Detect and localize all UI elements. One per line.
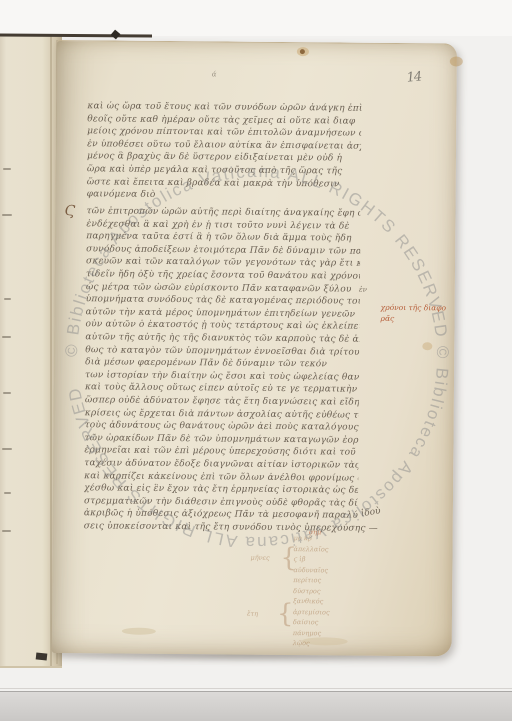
manuscript-leaf: 14 ά καὶ ὡς ὥρα τοῦ ἔτους καὶ τῶν συνόδω… <box>52 40 457 656</box>
fore-edge-ink-mark <box>4 298 11 300</box>
scanner-background-top <box>0 0 512 36</box>
ink-stain <box>300 49 305 54</box>
brace-glyph: { <box>277 601 294 627</box>
quire-mark: ά <box>212 70 217 78</box>
bottom-note-item: ξανθικός <box>293 596 353 607</box>
bottom-note-item: ἀπελλαῖος <box>294 544 354 555</box>
red-marginal-note-line2: ρᾶς <box>381 314 395 323</box>
bottom-note-item: περίτιος <box>293 575 353 586</box>
bottom-note-item: ἀρτεμίσιος <box>293 607 353 618</box>
fore-edge-ink-mark <box>3 392 11 394</box>
fore-edge-ink-mark <box>2 448 12 450</box>
cursive-side-note: ἰδοὺ <box>360 506 381 519</box>
paper-stain <box>450 56 463 66</box>
paper-stain <box>122 628 156 635</box>
bottom-note-item: δαίσιος <box>293 617 353 628</box>
bottom-note-item: αὐδυναῖος <box>293 565 353 576</box>
paragraph-initial-letter: Ϛ <box>64 203 75 219</box>
binding-clip-tab <box>36 652 48 660</box>
paper-stain <box>422 342 432 350</box>
red-marginal-note-line1: χρόνοι τῆς διαφο <box>381 303 446 313</box>
fore-edge-ink-mark <box>4 492 11 494</box>
bottom-notes-label: ἔτη <box>247 610 258 618</box>
margin-mark: ἐν <box>359 286 367 294</box>
bottom-note-item: ϛ ἰβ <box>293 554 353 565</box>
bottom-note-item: πάνημος <box>293 628 353 639</box>
fore-edge-ink-mark <box>2 336 11 338</box>
manuscript-text-line: φαινόμενα διὸ <box>87 189 156 202</box>
bottom-notes-label: μῆνες <box>250 554 269 562</box>
bottom-note-item: λῷος <box>293 638 353 649</box>
fore-edge-ink-mark <box>3 168 11 170</box>
footer-divider-line <box>0 688 512 689</box>
fore-edge-ink-mark <box>2 530 11 532</box>
bottom-note-item: μο κβ <box>294 533 354 544</box>
footer-bar <box>0 691 512 721</box>
folio-number: 14 <box>406 69 422 85</box>
bottom-note-item: δύστρος <box>293 586 353 597</box>
fore-edge-ink-mark <box>2 214 12 216</box>
